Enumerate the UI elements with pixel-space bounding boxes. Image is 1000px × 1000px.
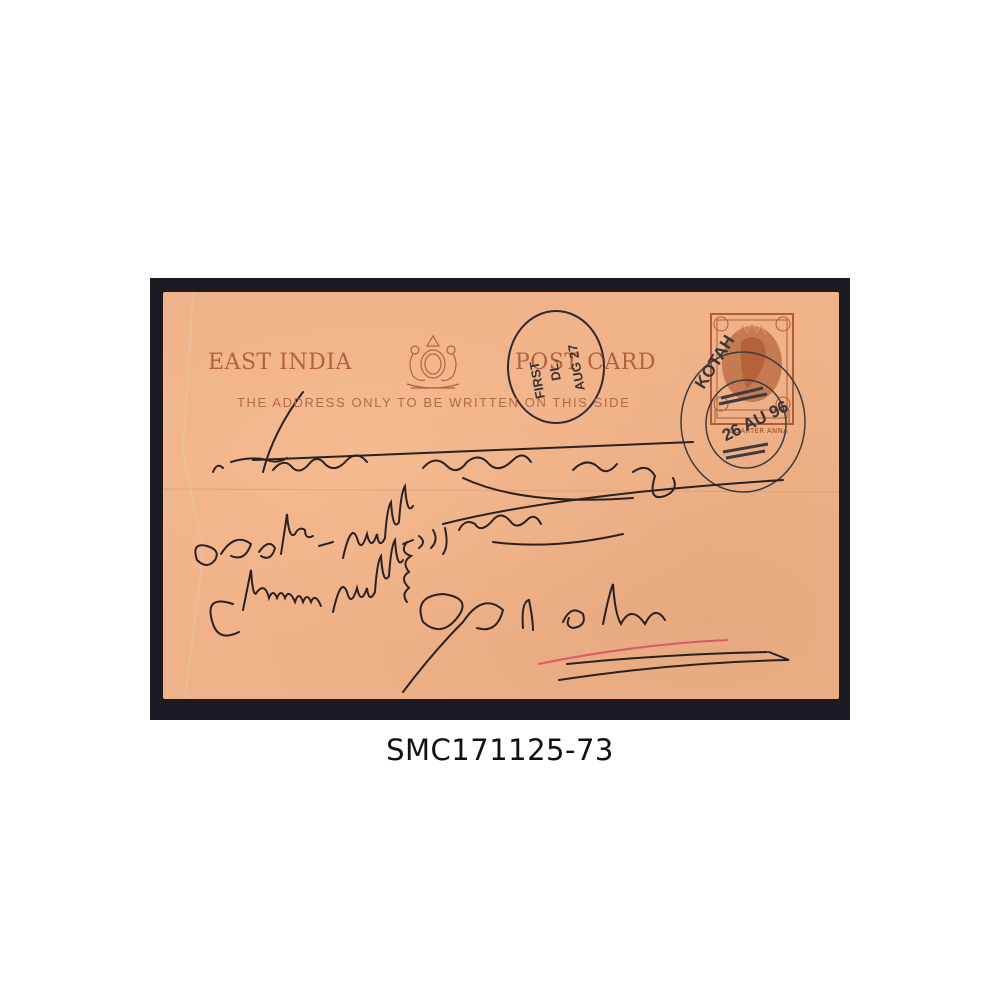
red-underline [538,640,728,664]
postcard: EAST INDIA POST CARD THE ADDRESS ONLY TO… [163,292,839,699]
card-title-left: EAST INDIA [208,350,352,375]
handwriting-ink [195,392,789,692]
photo-frame: EAST INDIA POST CARD THE ADDRESS ONLY TO… [150,278,850,720]
address-instruction: THE ADDRESS ONLY TO BE WRITTEN ON THIS S… [237,395,630,410]
item-code-caption: SMC171125-73 [0,733,1000,767]
royal-coat-of-arms-icon [407,336,459,388]
